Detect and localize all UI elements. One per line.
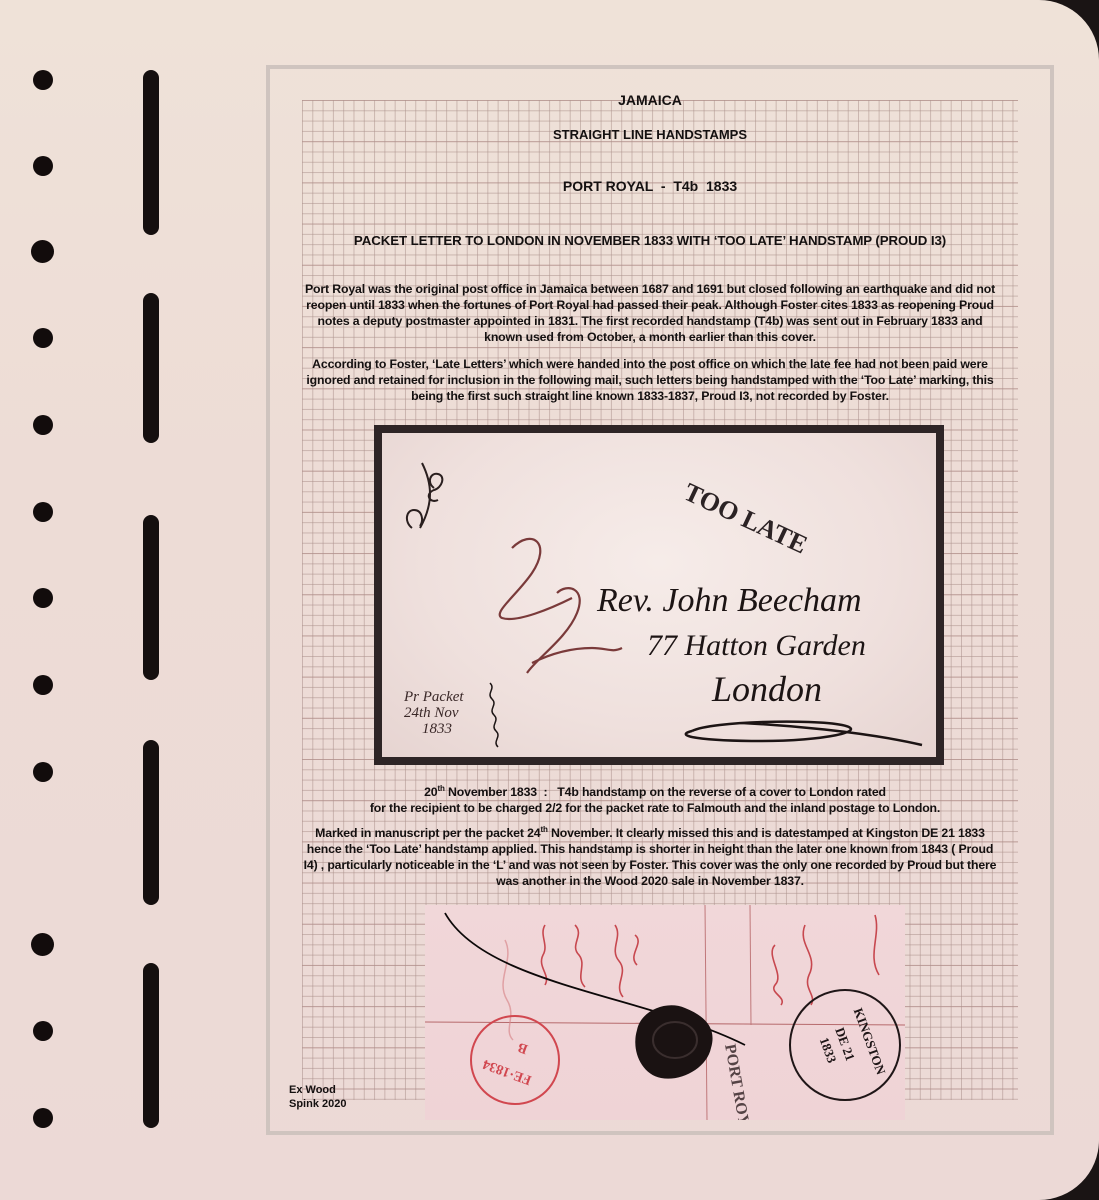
- binder-hole: [33, 502, 53, 522]
- binder-hole: [33, 1021, 53, 1041]
- docket-number-icon: [407, 463, 442, 528]
- binder-hole: [33, 156, 53, 176]
- cover-back-illustration: FE·1834 B PORT ROYAL KINGSTON DE 21 1833: [425, 905, 905, 1120]
- svg-text:FE·1834: FE·1834: [481, 1056, 534, 1087]
- binder-slot: [143, 515, 159, 680]
- late-letters-paragraph: According to Foster, ‘Late Letters’ whic…: [300, 356, 1000, 404]
- binder-slot: [143, 70, 159, 235]
- binder-hole: [33, 415, 53, 435]
- page-title-country: JAMAICA: [300, 92, 1000, 108]
- bracket-icon: [490, 683, 498, 747]
- binder-hole: [33, 70, 53, 90]
- binder-slot: [143, 963, 159, 1128]
- endorsement-line-2: 24th Nov: [404, 705, 459, 721]
- cover-front-image: TOO LATE Rev. John Beecham 77 Hatton Gar…: [382, 433, 936, 757]
- cover-front-photo: TOO LATE Rev. John Beecham 77 Hatton Gar…: [374, 425, 944, 765]
- manuscript-sup: th: [540, 825, 547, 834]
- binder-hole: [33, 588, 53, 608]
- album-page: JAMAICA STRAIGHT LINE HANDSTAMPS PORT RO…: [0, 0, 1099, 1200]
- too-late-handstamp: TOO LATE: [679, 477, 812, 559]
- cover-caption: 20th November 1833 : T4b handstamp on th…: [310, 784, 1000, 816]
- binder-hole: [31, 933, 54, 956]
- binder-slot: [143, 740, 159, 905]
- manuscript-text-a: Marked in manuscript per the packet 24: [315, 826, 540, 840]
- binder-hole: [33, 675, 53, 695]
- port-royal-handstamp: PORT ROYAL: [721, 1043, 756, 1120]
- wax-seal-icon: [635, 1005, 712, 1078]
- intro-paragraph: Port Royal was the original post office …: [300, 281, 1000, 345]
- manuscript-paragraph: Marked in manuscript per the packet 24th…: [300, 825, 1000, 889]
- caption-date-suffix: th: [438, 784, 445, 793]
- watermark-text: [122, 505, 138, 695]
- subsection-title: PORT ROYAL - T4b 1833: [300, 178, 1000, 194]
- address-line-3: London: [711, 669, 822, 709]
- flourish-underline-icon: [686, 722, 922, 745]
- red-manuscript-icon: [541, 915, 879, 1005]
- provenance-note: Ex Wood Spink 2020: [289, 1083, 346, 1111]
- london-datestamp-icon: FE·1834 B: [471, 1016, 559, 1104]
- caption-date-rest: November 1833 : T4b handstamp on the rev…: [445, 785, 886, 799]
- svg-text:KINGSTON: KINGSTON: [851, 1006, 889, 1077]
- endorsement-line-1: Pr Packet: [403, 689, 464, 705]
- binder-hole: [31, 240, 54, 263]
- endorsement-line-3: 1833: [422, 721, 452, 737]
- caption-date-day: 20: [424, 785, 437, 799]
- binder-hole: [33, 328, 53, 348]
- binder-hole: [33, 1108, 53, 1128]
- section-title: STRAIGHT LINE HANDSTAMPS: [300, 127, 1000, 142]
- address-line-2: 77 Hatton Garden: [647, 629, 866, 662]
- address-line-1: Rev. John Beecham: [596, 582, 862, 619]
- binder-hole: [33, 762, 53, 782]
- svg-text:B: B: [516, 1039, 530, 1056]
- kingston-datestamp-icon: KINGSTON DE 21 1833: [790, 990, 900, 1100]
- cover-front-illustration: TOO LATE Rev. John Beecham 77 Hatton Gar…: [382, 433, 936, 757]
- exhibit-heading: PACKET LETTER TO LONDON IN NOVEMBER 1833…: [300, 233, 1000, 248]
- provenance-line-1: Ex Wood: [289, 1083, 346, 1097]
- caption-line-2: for the recipient to be charged 2/2 for …: [370, 801, 940, 815]
- binder-slot: [143, 293, 159, 443]
- provenance-line-2: Spink 2020: [289, 1097, 346, 1111]
- cover-back-photo: FE·1834 B PORT ROYAL KINGSTON DE 21 1833: [425, 905, 905, 1120]
